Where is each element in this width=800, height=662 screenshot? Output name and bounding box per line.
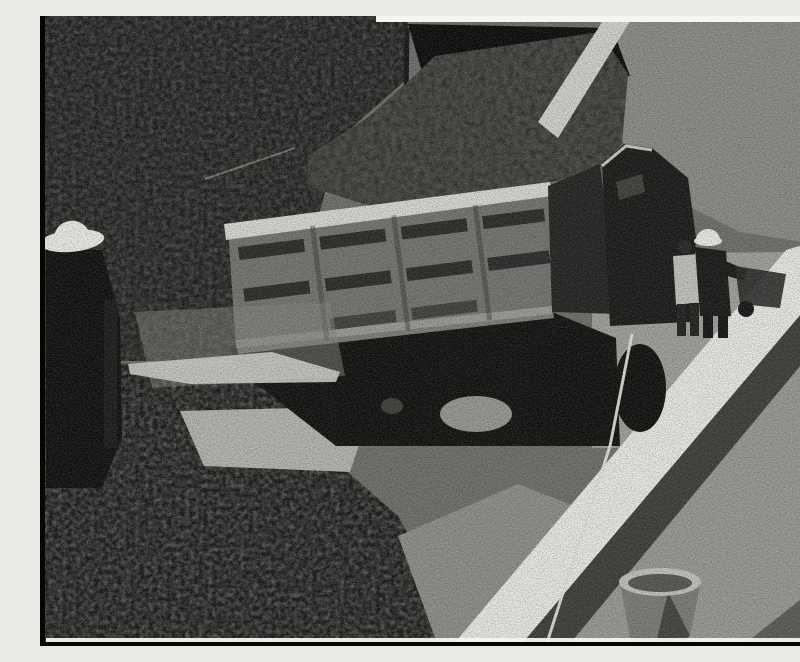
frame-left — [40, 16, 45, 646]
construction-photo: Black-and-white photo of a dump truck wi… — [40, 16, 800, 646]
halftone-grain — [40, 16, 800, 646]
photo-canvas — [40, 16, 800, 646]
top-paper-margin — [376, 16, 800, 22]
frame-bottom — [40, 642, 800, 646]
